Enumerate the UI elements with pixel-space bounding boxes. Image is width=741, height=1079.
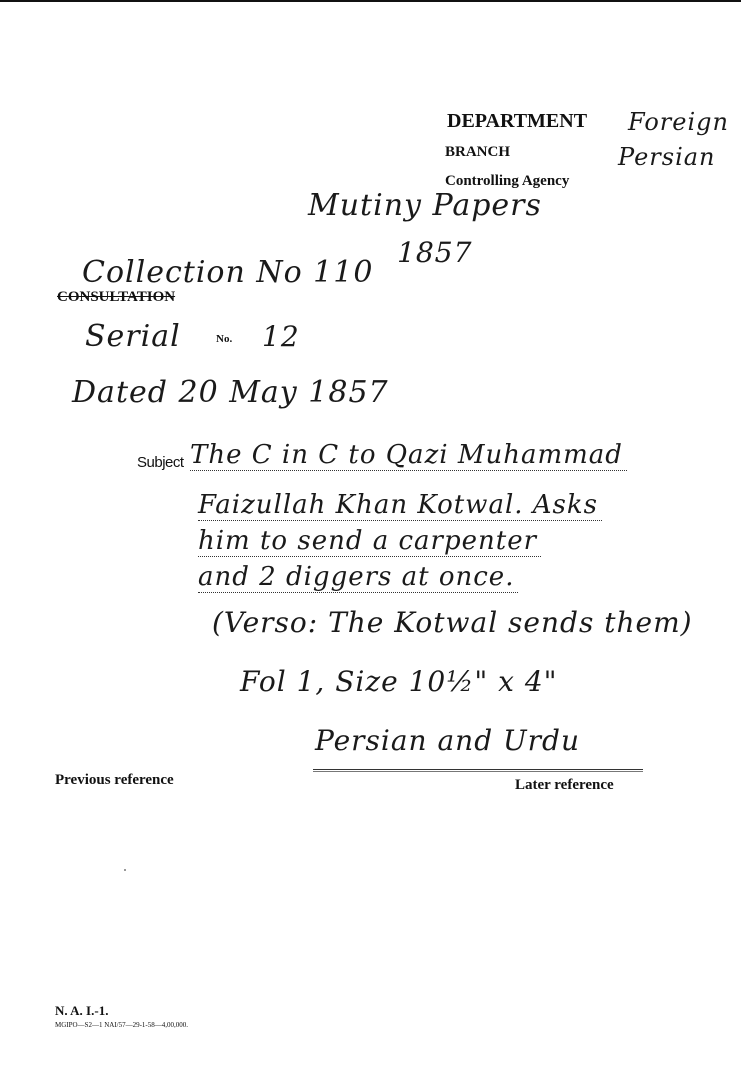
later-reference-label: Later reference: [515, 777, 614, 794]
dated-value: Dated 20 May 1857: [72, 375, 389, 410]
language-underline: [313, 769, 643, 772]
consultation-label: CONSULTATION: [57, 289, 175, 306]
branch-label: BRANCH: [445, 144, 510, 161]
form-number: N. A. I.-1.: [55, 1003, 108, 1019]
branch-value: Persian: [618, 143, 716, 171]
controlling-agency-value: Mutiny Papers: [308, 188, 542, 223]
subject-line: The C in C to Qazi Muhammad: [190, 440, 627, 471]
top-border-line: [0, 0, 741, 2]
print-code: MGIPO—S2—1 NAI/57—29-1-58—4,00,000.: [55, 1021, 188, 1029]
year-value: 1857: [393, 236, 475, 269]
verso-note: (Verso: The Kotwal sends them): [212, 606, 693, 639]
collection-value: Collection No 110: [82, 255, 373, 290]
department-label: DEPARTMENT: [447, 110, 587, 133]
serial-no-label: No.: [216, 333, 232, 345]
subject-line: Faizullah Khan Kotwal. Asks: [198, 490, 602, 521]
previous-reference-label: Previous reference: [55, 772, 174, 789]
serial-value: Serial: [85, 319, 181, 354]
subject-label: Subject: [137, 454, 184, 471]
language-note: Persian and Urdu: [315, 724, 580, 757]
subject-line: and 2 diggers at once.: [198, 562, 518, 593]
folio-size-note: Fol 1, Size 10½" x 4": [240, 665, 558, 698]
scan-speck: [124, 869, 126, 871]
serial-number: 12: [262, 320, 300, 353]
department-value: Foreign: [628, 108, 729, 136]
subject-line: him to send a carpenter: [198, 526, 541, 557]
